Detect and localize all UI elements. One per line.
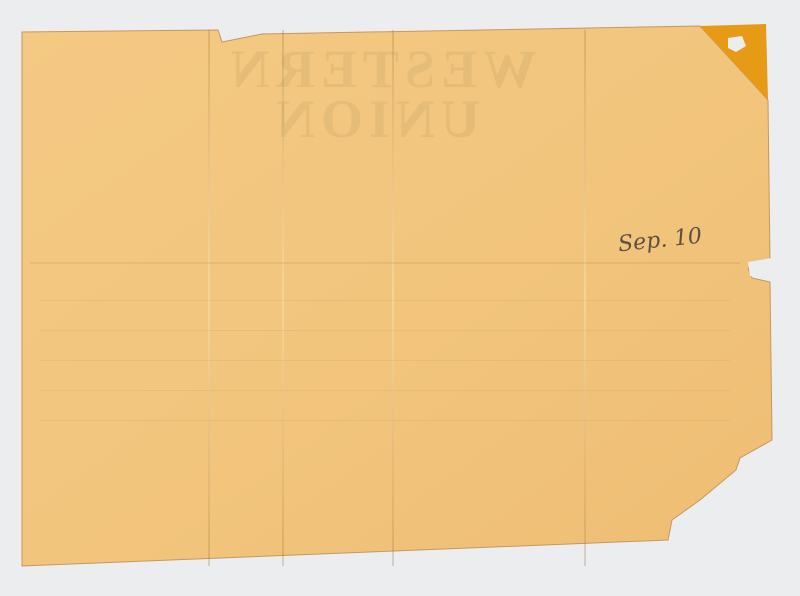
- fold-crease: [584, 30, 586, 566]
- ruled-line: [40, 390, 730, 391]
- ruled-line: [40, 420, 730, 421]
- ruled-line: [40, 300, 730, 301]
- ruled-line: [40, 360, 730, 361]
- fold-crease: [208, 30, 210, 566]
- fold-crease-horizontal: [30, 262, 740, 264]
- ruled-line: [40, 330, 730, 331]
- show-through-union: UNION: [270, 88, 480, 150]
